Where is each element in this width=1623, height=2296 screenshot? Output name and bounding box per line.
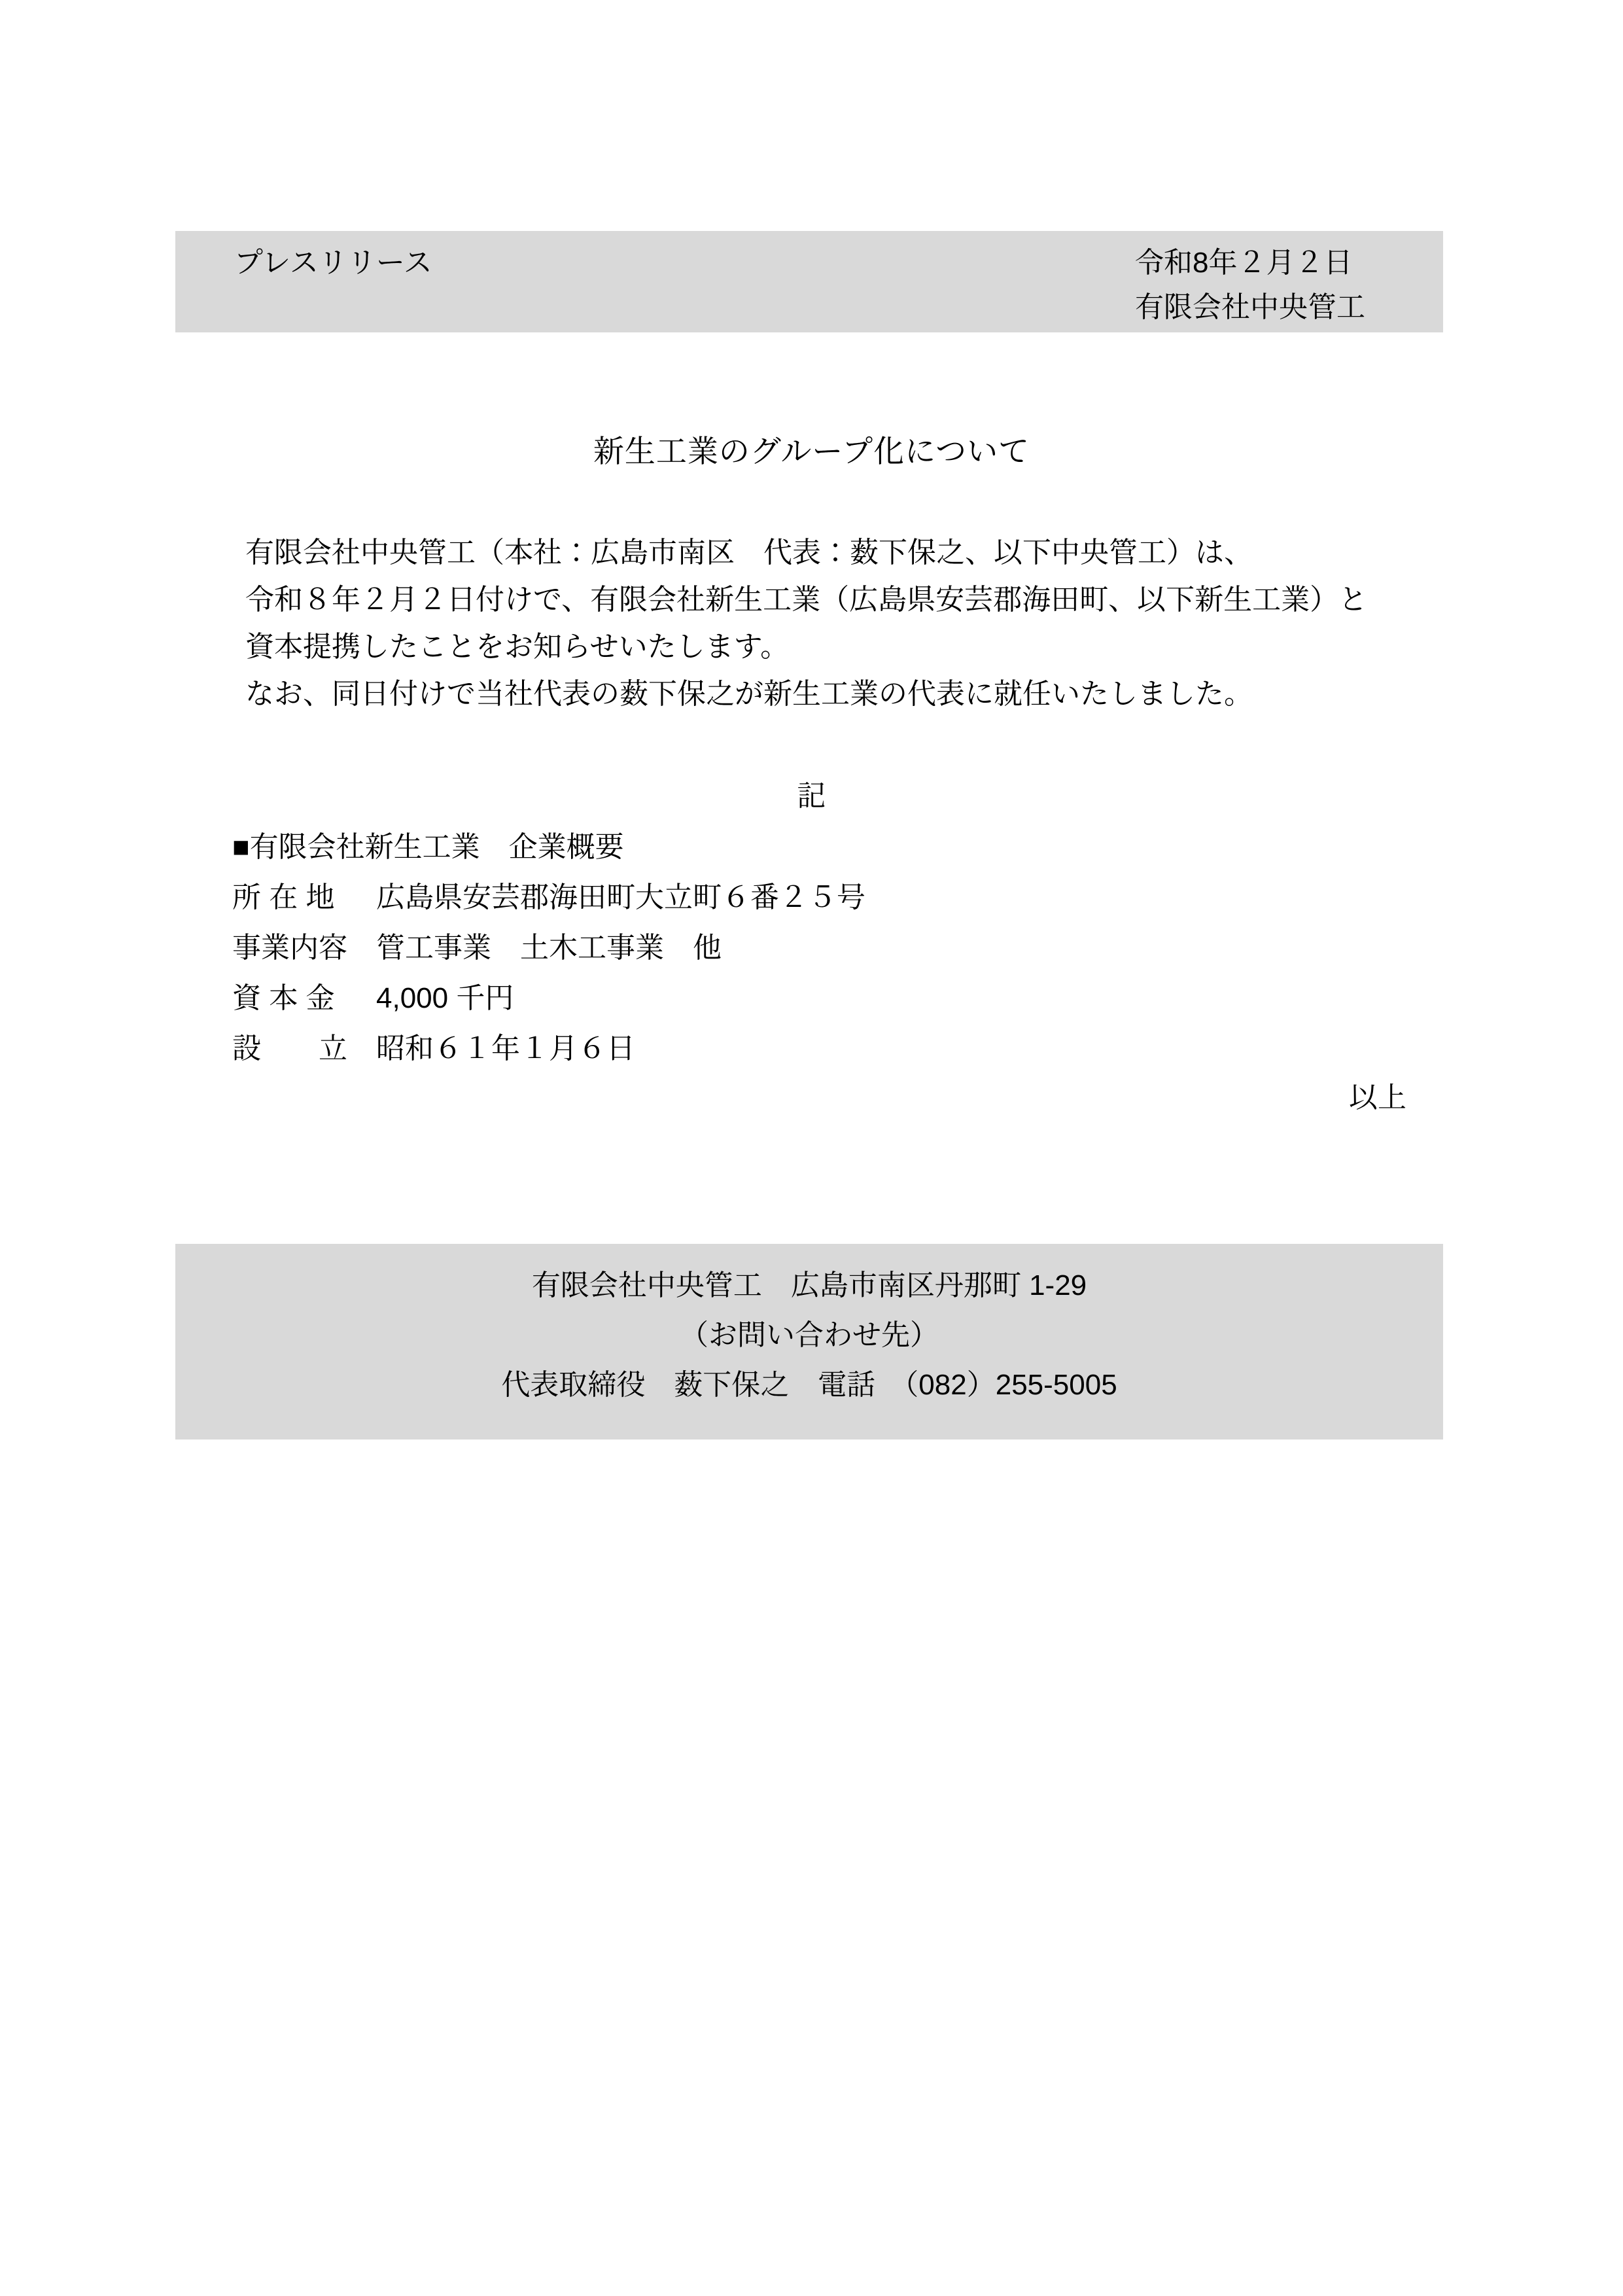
body-line: 資本提携したことをお知らせいたします。 xyxy=(245,624,1423,671)
body-line: 有限会社中央管工（本社：広島市南区 代表：薮下保之、以下中央管工）は、 xyxy=(245,529,1423,576)
press-release-label: プレスリリース xyxy=(234,241,432,285)
header-date: 令和8年２月２日 xyxy=(1135,241,1365,285)
footer-band: 有限会社中央管工 広島市南区丹那町 1-29 （お問い合わせ先） 代表取締役 薮… xyxy=(175,1244,1443,1439)
overview-heading: ■有限会社新生工業 企業概要 xyxy=(232,822,1410,872)
overview-row-established: 設 立昭和６１年１月６日 xyxy=(232,1023,1410,1074)
row-label: 設 立 xyxy=(232,1023,376,1074)
header-company-name: 有限会社中央管工 xyxy=(1135,285,1365,330)
overview-row-capital: 資 本 金4,000 千円 xyxy=(232,973,1410,1023)
row-value: 昭和６１年１月６日 xyxy=(376,1033,635,1065)
row-value: 広島県安芸郡海田町大立町６番２５号 xyxy=(376,881,865,913)
company-overview: ■有限会社新生工業 企業概要 所 在 地広島県安芸郡海田町大立町６番２５号 事業… xyxy=(232,822,1410,1074)
overview-row-location: 所 在 地広島県安芸郡海田町大立町６番２５号 xyxy=(232,872,1410,923)
notice-marker: 記 xyxy=(0,773,1623,820)
press-release-page: プレスリリース 令和8年２月２日 有限会社中央管工 新生工業のグループ化について… xyxy=(0,0,1623,2296)
footer-representative-phone: 代表取締役 薮下保之 電話 （082）255-5005 xyxy=(175,1360,1443,1410)
footer-contact-label: （お問い合わせ先） xyxy=(175,1311,1443,1360)
body-line: なお、同日付けで当社代表の薮下保之が新生工業の代表に就任いたしました。 xyxy=(245,671,1423,718)
row-label: 事業内容 xyxy=(232,923,376,973)
footer-company-address: 有限会社中央管工 広島市南区丹那町 1-29 xyxy=(175,1261,1443,1311)
overview-row-business: 事業内容管工事業 土木工事業 他 xyxy=(232,923,1410,973)
body-line: 令和８年２月２日付けで、有限会社新生工業（広島県安芸郡海田町、以下新生工業）と xyxy=(245,576,1423,624)
row-value: 管工事業 土木工事業 他 xyxy=(376,932,722,964)
closing-text: 以上 xyxy=(232,1074,1406,1122)
document-title: 新生工業のグループ化について xyxy=(0,433,1623,470)
row-value: 4,000 千円 xyxy=(376,982,514,1014)
row-label: 所 在 地 xyxy=(232,872,376,923)
body-paragraph: 有限会社中央管工（本社：広島市南区 代表：薮下保之、以下中央管工）は、 令和８年… xyxy=(245,529,1423,718)
header-right-block: 令和8年２月２日 有限会社中央管工 xyxy=(1135,241,1365,330)
row-label: 資 本 金 xyxy=(232,973,376,1023)
header-band: プレスリリース 令和8年２月２日 有限会社中央管工 xyxy=(175,231,1443,332)
